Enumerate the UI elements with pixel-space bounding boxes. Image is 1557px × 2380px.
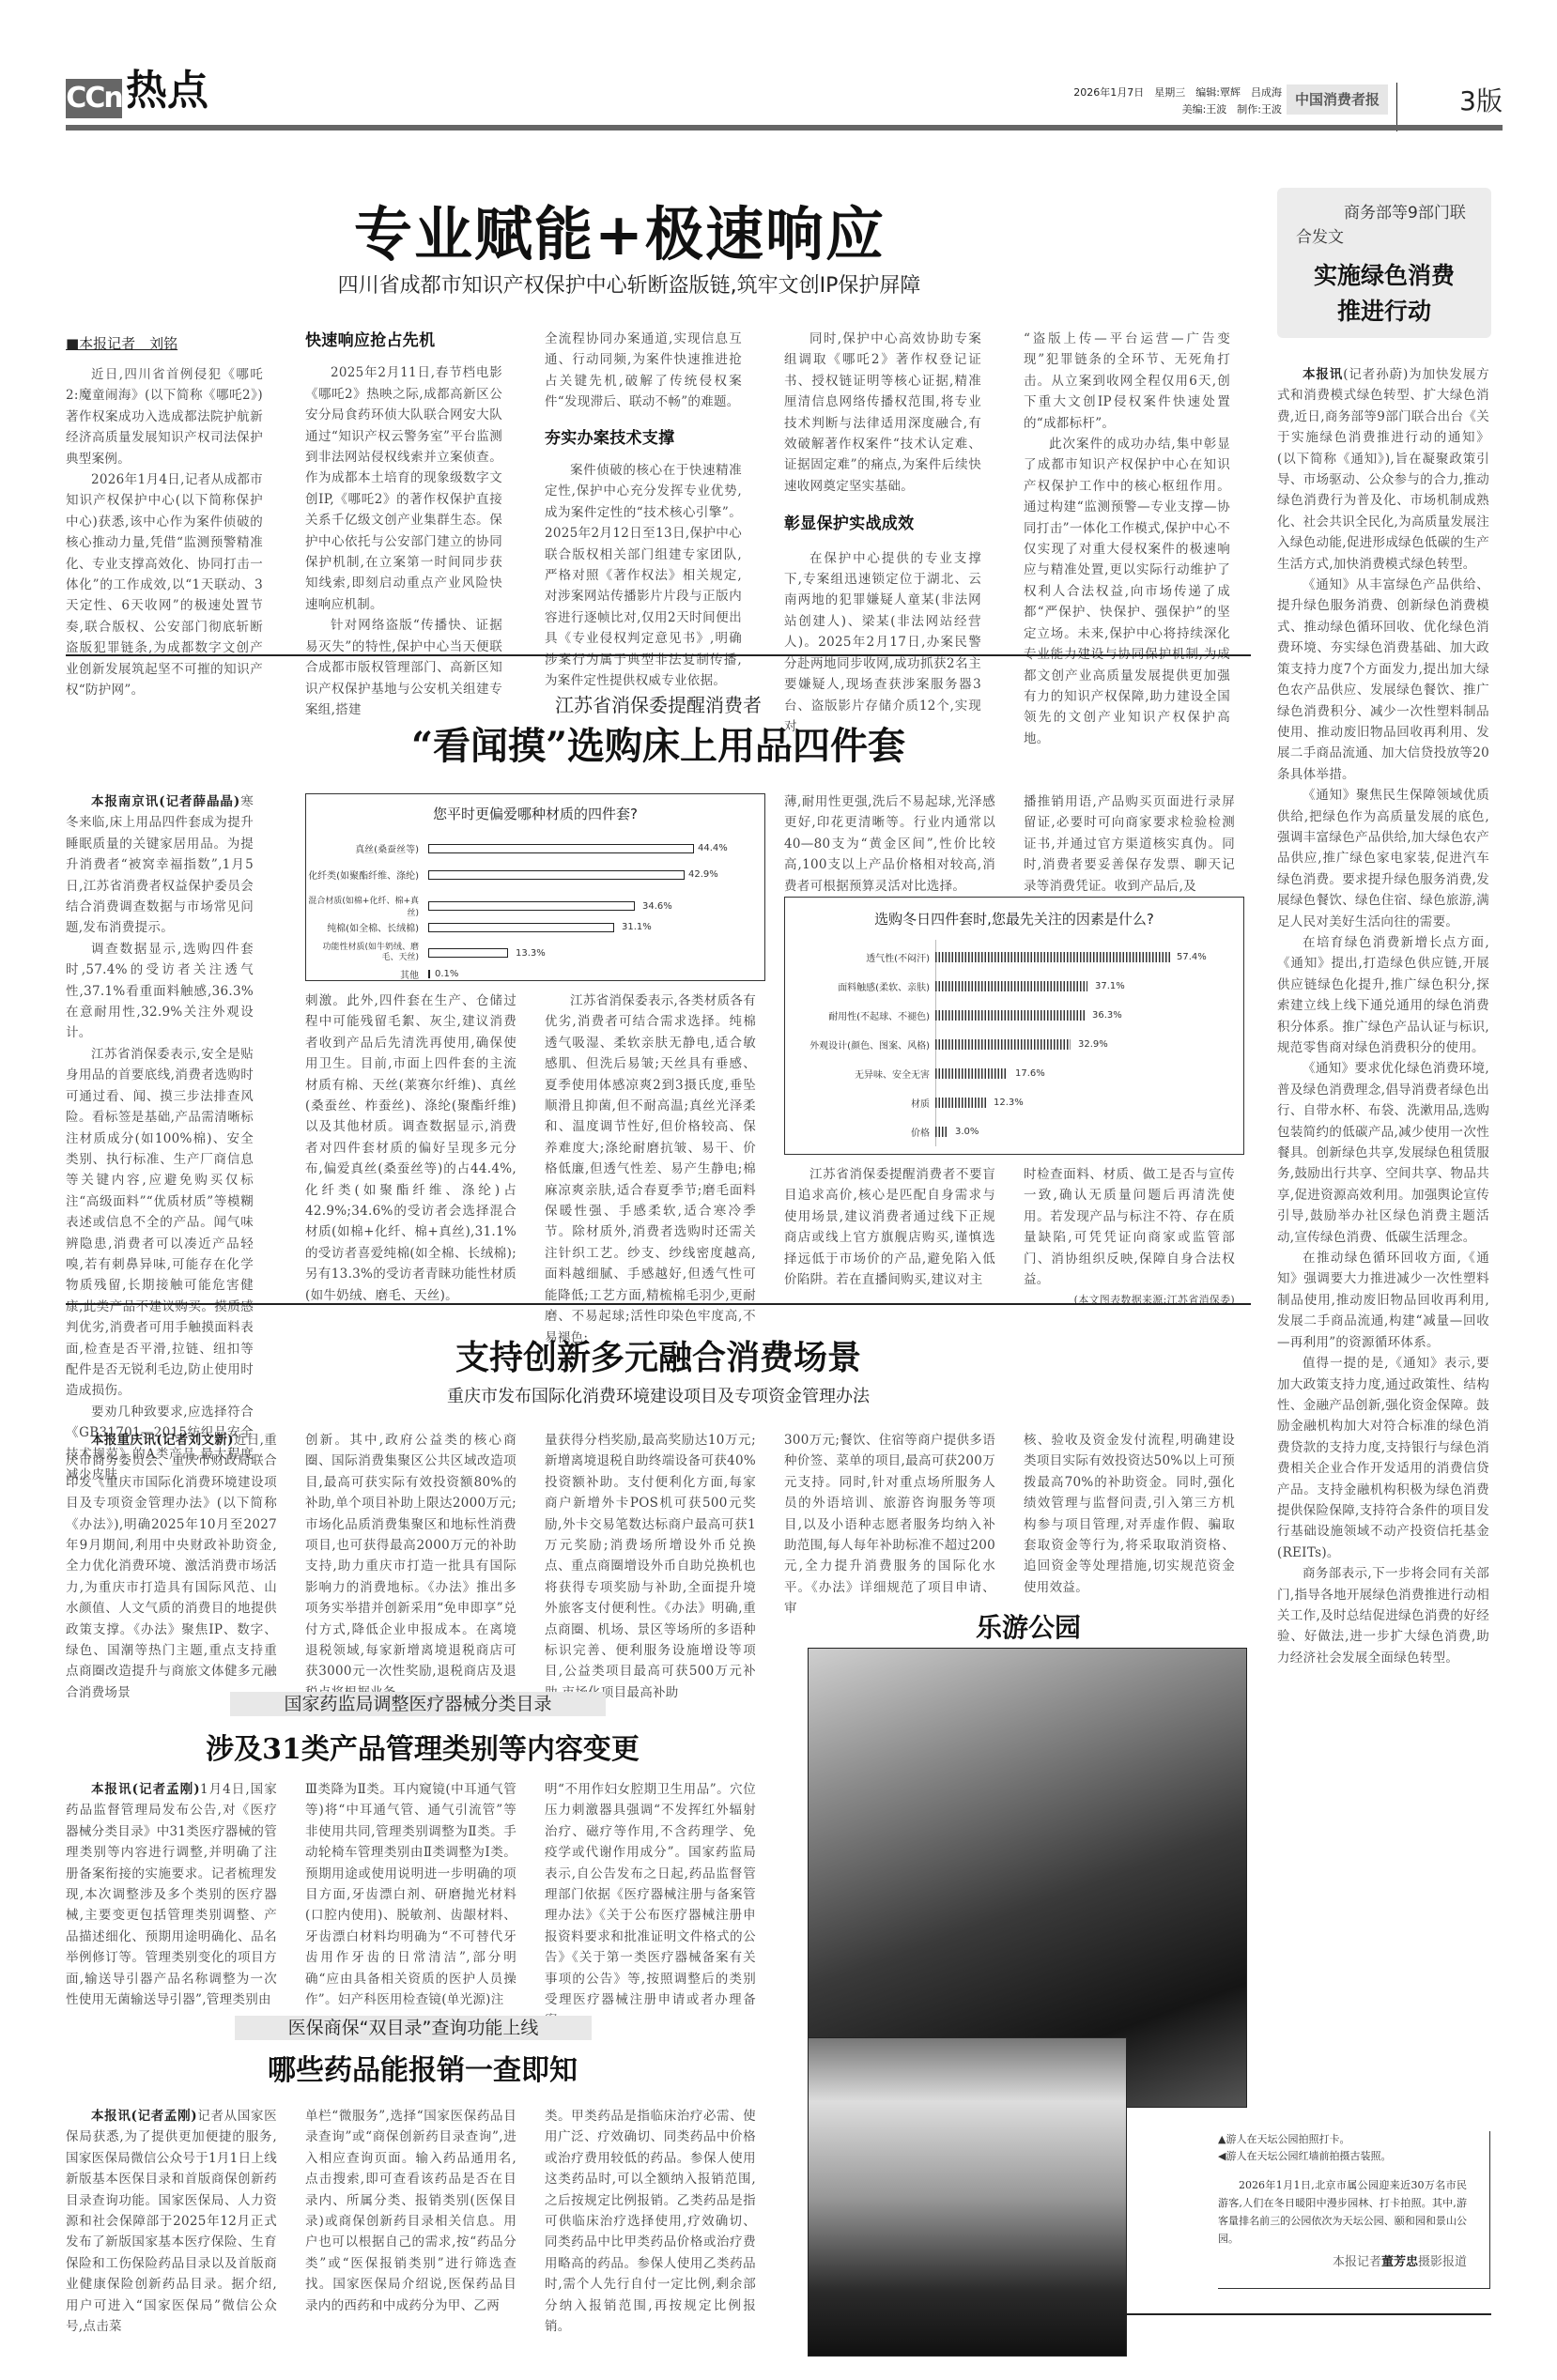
article3-title: 支持创新多元融合消费场景 [66, 1331, 1251, 1379]
staff-line: 美编:王波 制作:王波 [1182, 101, 1282, 116]
chart2-bar: 耐用性(不起球、不褪色) 36.3% [785, 1008, 1243, 1022]
chart2-bar: 透气性(不闷汗) 57.4% [785, 950, 1243, 964]
chart1-bar: 真丝(桑蚕丝等) 44.4% [306, 841, 764, 855]
section-title: 热点 [126, 64, 208, 118]
chart2-bar: 外观设计(颜色、图案、风格) 32.9% [785, 1037, 1243, 1052]
sidebar-title-2: 推进行动 [1277, 293, 1491, 327]
chart2-bar: 价格 3.0% [785, 1125, 1243, 1139]
article4-col3: 明“不用作妇女腔期卫生用品”。穴位压力刺激器具强调“不发挥红外辐射治疗、磁疗等作… [545, 1779, 756, 2032]
article2-source: (本文图表数据来源:江苏省消保委) [1024, 1290, 1235, 1311]
chart-purchase-factors: 选购冬日四件套时,您最先关注的因素是什么? 透气性(不闷汗) 57.4% 面料触… [784, 897, 1244, 1155]
article2-col5b: 时检查面料、材质、做工是否与宣传一致,确认无质量问题后再清洗使用。若发现产品与标… [1024, 1164, 1235, 1312]
article2-col2: 刺激。此外,四件套在生产、仓储过程中可能残留毛絮、灰尘,建议消费者收到产品后先清… [305, 990, 516, 1306]
heading-fast-response: 快速响应抢占先机 [305, 330, 502, 351]
article2-col1: 本报南京讯(记者薛晶晶)寒冬来临,床上用品四件套成为提升睡眠质量的关键家居用品。… [66, 791, 254, 1485]
article1-col3: 全流程协同办案通道,实现信息互通、行动同频,为案件快速推进抢占关键先机,破解了传… [545, 329, 742, 692]
article5-kicker: 医保商保“双目录”查询功能上线 [235, 2016, 592, 2040]
photo-costume-portrait [808, 2037, 1127, 2357]
article4-kicker: 国家药监局调整医疗器械分类目录 [230, 1692, 606, 1716]
article3-col4: 300万元;餐饮、住宿等商户提供多语种价签、菜单的项目,最高可获200万元支持。… [784, 1430, 995, 1620]
article4-col2: Ⅲ类降为Ⅱ类。耳内窥镜(中耳通气管等)将“中耳通气管、通气引流管”等非使用共同,… [305, 1779, 516, 2010]
chart2-bar: 面料触感(柔软、亲肤) 37.1% [785, 979, 1243, 993]
photo-feature-title: 乐游公园 [808, 1607, 1249, 1645]
article2-col4b: 江苏省消保委提醒消费者不要盲目追求高价,核心是匹配自身需求与使用场景,建议消费者… [784, 1164, 995, 1290]
heading-results: 彰显保护实战成效 [784, 514, 981, 534]
chart2-bar: 材质 12.3% [785, 1096, 1243, 1110]
article2-col4: 薄,耐用性更强,洗后不易起球,光泽感更好,印花更清晰等。行业内通常以40—80支… [784, 791, 995, 897]
divider [66, 654, 1251, 656]
chart-material-preference: 您平时更偏爱哪种材质的四件套? 真丝(桑蚕丝等) 44.4% 化纤类(如聚酯纤维… [305, 793, 765, 981]
article5-col3: 类。甲类药品是指临床治疗必需、使用广泛、疗效确切、同类药品中价格或治疗费用较低的… [545, 2106, 756, 2337]
article1-col4: 同时,保护中心高效协助专案组调取《哪吒2》著作权登记证书、授权链证明等核心证据,… [784, 329, 981, 737]
chart1-bar: 化纤类(如聚酯纤维、涤纶) 42.9% [306, 868, 764, 882]
heading-tech-support: 夯实办案技术支撑 [545, 428, 742, 449]
article3-col2: 创新。其中,政府公益类的核心商圈、国际消费集聚区公共区域改造项目,最高可获实际有… [305, 1430, 516, 1703]
chart1-bar: 功能性材质(如牛奶绒、磨毛、天丝) 13.3% [306, 943, 764, 963]
article1-col1: 近日,四川省首例侵犯《哪吒2:魔童闹海》(以下简称《哪吒2》)著作权案成功入选成… [66, 364, 263, 701]
sidebar-title-1: 实施绿色消费 [1277, 257, 1491, 291]
photo-credit: 本报记者董芳忠摄影报道 [1218, 2251, 1467, 2269]
chart1-bar: 混合材质(如棉+化纤、棉+真丝) 34.6% [306, 894, 764, 918]
article1-byline: ■本报记者 刘铭 [66, 333, 177, 353]
article1-subtitle: 四川省成都市知识产权保护中心斩断盗版链,筑牢文创IP保护屏障 [216, 269, 1042, 299]
article3-col5: 核、验收及资金发付流程,明确建设类项目实际有效投资达50%以上可预拨最高70%的… [1024, 1430, 1235, 1598]
article2-title: “看闻摸”选购床上用品四件套 [66, 716, 1251, 770]
article2-kicker: 江苏省消保委提醒消费者 [66, 690, 1251, 717]
bottom-divider [1127, 2313, 1491, 2315]
article5-col1: 本报讯(记者孟刚)记者从国家医保局获悉,为了提供更加便捷的服务,国家医保局微信公… [66, 2106, 277, 2337]
chart1-title: 您平时更偏爱哪种材质的四件套? [306, 804, 764, 823]
chart2-title: 选购冬日四件套时,您最先关注的因素是什么? [785, 909, 1243, 929]
article4-col1: 本报讯(记者孟刚)1月4日,国家药品监督管理局发布公告,对《医疗器械分类目录》中… [66, 1779, 277, 2010]
photo-body: 2026年1月1日,北京市属公园迎来近30万名市民游客,人们在冬日暖阳中漫步园林… [1218, 2176, 1467, 2248]
article3-col3: 量获得分档奖励,最高奖励达10万元;新增离境退税自助终端设备可获40%投资额补助… [545, 1430, 756, 1703]
chart1-bar: 纯棉(如全棉、长绒棉) 31.1% [306, 920, 764, 934]
sidebar-kicker: 商务部等9部门联合发文 [1296, 201, 1474, 250]
article2-col5: 播推销用语,产品购买页面进行录屏留证,必要时可向商家要求检验检测证书,并通过官方… [1024, 791, 1235, 897]
article1-title: 专业赋能+极速响应 [207, 188, 1033, 271]
article5-col2: 单栏“微服务”,选择“国家医保药品目录查询”或“商保创新药目录查询”,进入相应查… [305, 2106, 516, 2316]
sidebar-body: 本报讯(记者孙蔚)为加快发展方式和消费模式绿色转型、扩大绿色消费,近日,商务部等… [1277, 364, 1489, 1668]
article1-col2: 快速响应抢占先机 2025年2月11日,春节档电影《哪吒2》热映之际,成都高新区… [305, 330, 502, 720]
chart2-bar: 无异味、安全无害 17.6% [785, 1067, 1243, 1081]
sidebar-header-box: 商务部等9部门联合发文 实施绿色消费 推进行动 [1277, 188, 1491, 338]
chart1-bar: 其他 0.1% [306, 967, 764, 981]
masthead: CCn 热点 2026年1月7日 星期三 编辑:覃辉 吕成海 美编:王波 制作:… [66, 64, 1503, 131]
page-number: 3版 [1459, 81, 1503, 118]
date-line: 2026年1月7日 星期三 编辑:覃辉 吕成海 [1073, 84, 1282, 100]
divider [66, 1303, 1251, 1305]
article3-col1: 本报重庆讯(记者刘文新)近日,重庆市商务委员会、重庆市财政局联合印发《重庆市国际… [66, 1430, 277, 1703]
article5-title: 哪些药品能报销一查即知 [66, 2047, 779, 2088]
logo: CCn [66, 79, 122, 118]
paper-name: 中国消费者报 [1287, 84, 1388, 115]
article1-col5: “盗版上传—平台运营—广告变现”犯罪链条的全环节、无死角打击。从立案到收网全程仅… [1024, 329, 1230, 749]
article4-title: 涉及31类产品管理类别等内容变更 [66, 1726, 779, 1767]
article3-subtitle: 重庆市发布国际化消费环境建设项目及专项资金管理办法 [66, 1383, 1251, 1407]
article2-col3: 江苏省消保委表示,各类材质各有优劣,消费者可结合需求选择。纯棉透气吸湿、柔软亲肤… [545, 990, 756, 1348]
masthead-bar [66, 125, 1503, 131]
